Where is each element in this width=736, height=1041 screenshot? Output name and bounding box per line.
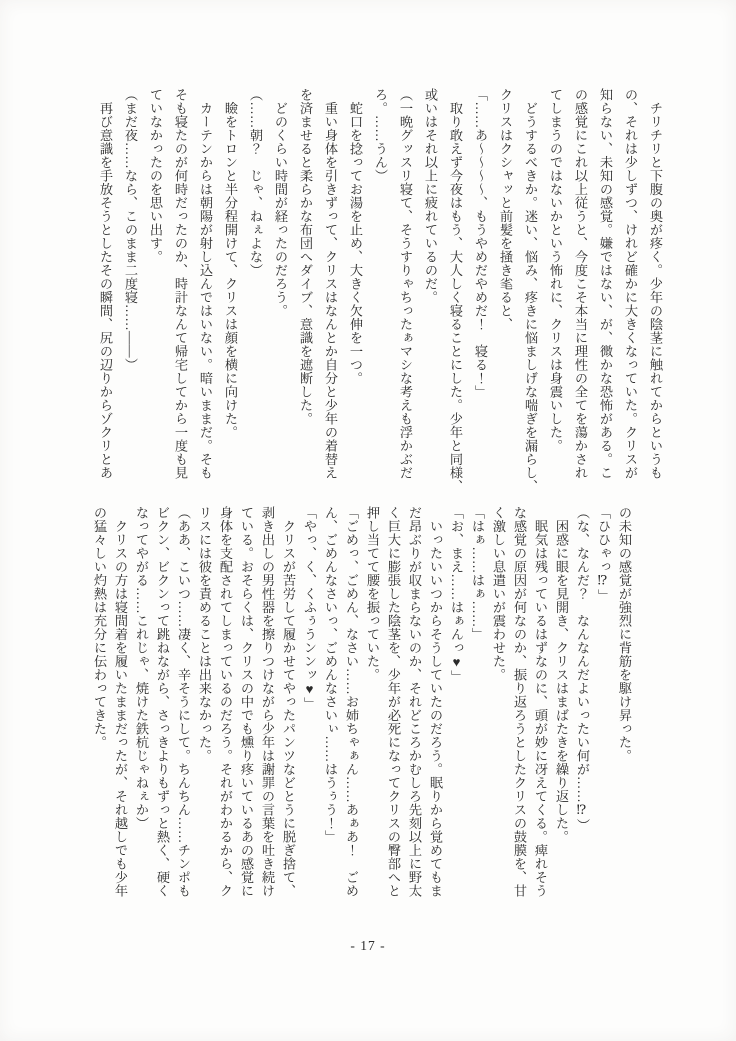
text-block-top: チリチリと下腹の奥が疼く。少年の陰茎に触れてからというも の、それは少しずつ、け…	[93, 88, 668, 478]
novel-page: チリチリと下腹の奥が疼く。少年の陰茎に触れてからというも の、それは少しずつ、け…	[0, 0, 736, 1041]
text-block-bottom: の未知の感覚が強烈に背筋を駆け昇った。 「ひひゃっ⁉」 （な、なんだ？ なんなん…	[89, 506, 635, 896]
page-number: - 17 -	[0, 938, 736, 954]
